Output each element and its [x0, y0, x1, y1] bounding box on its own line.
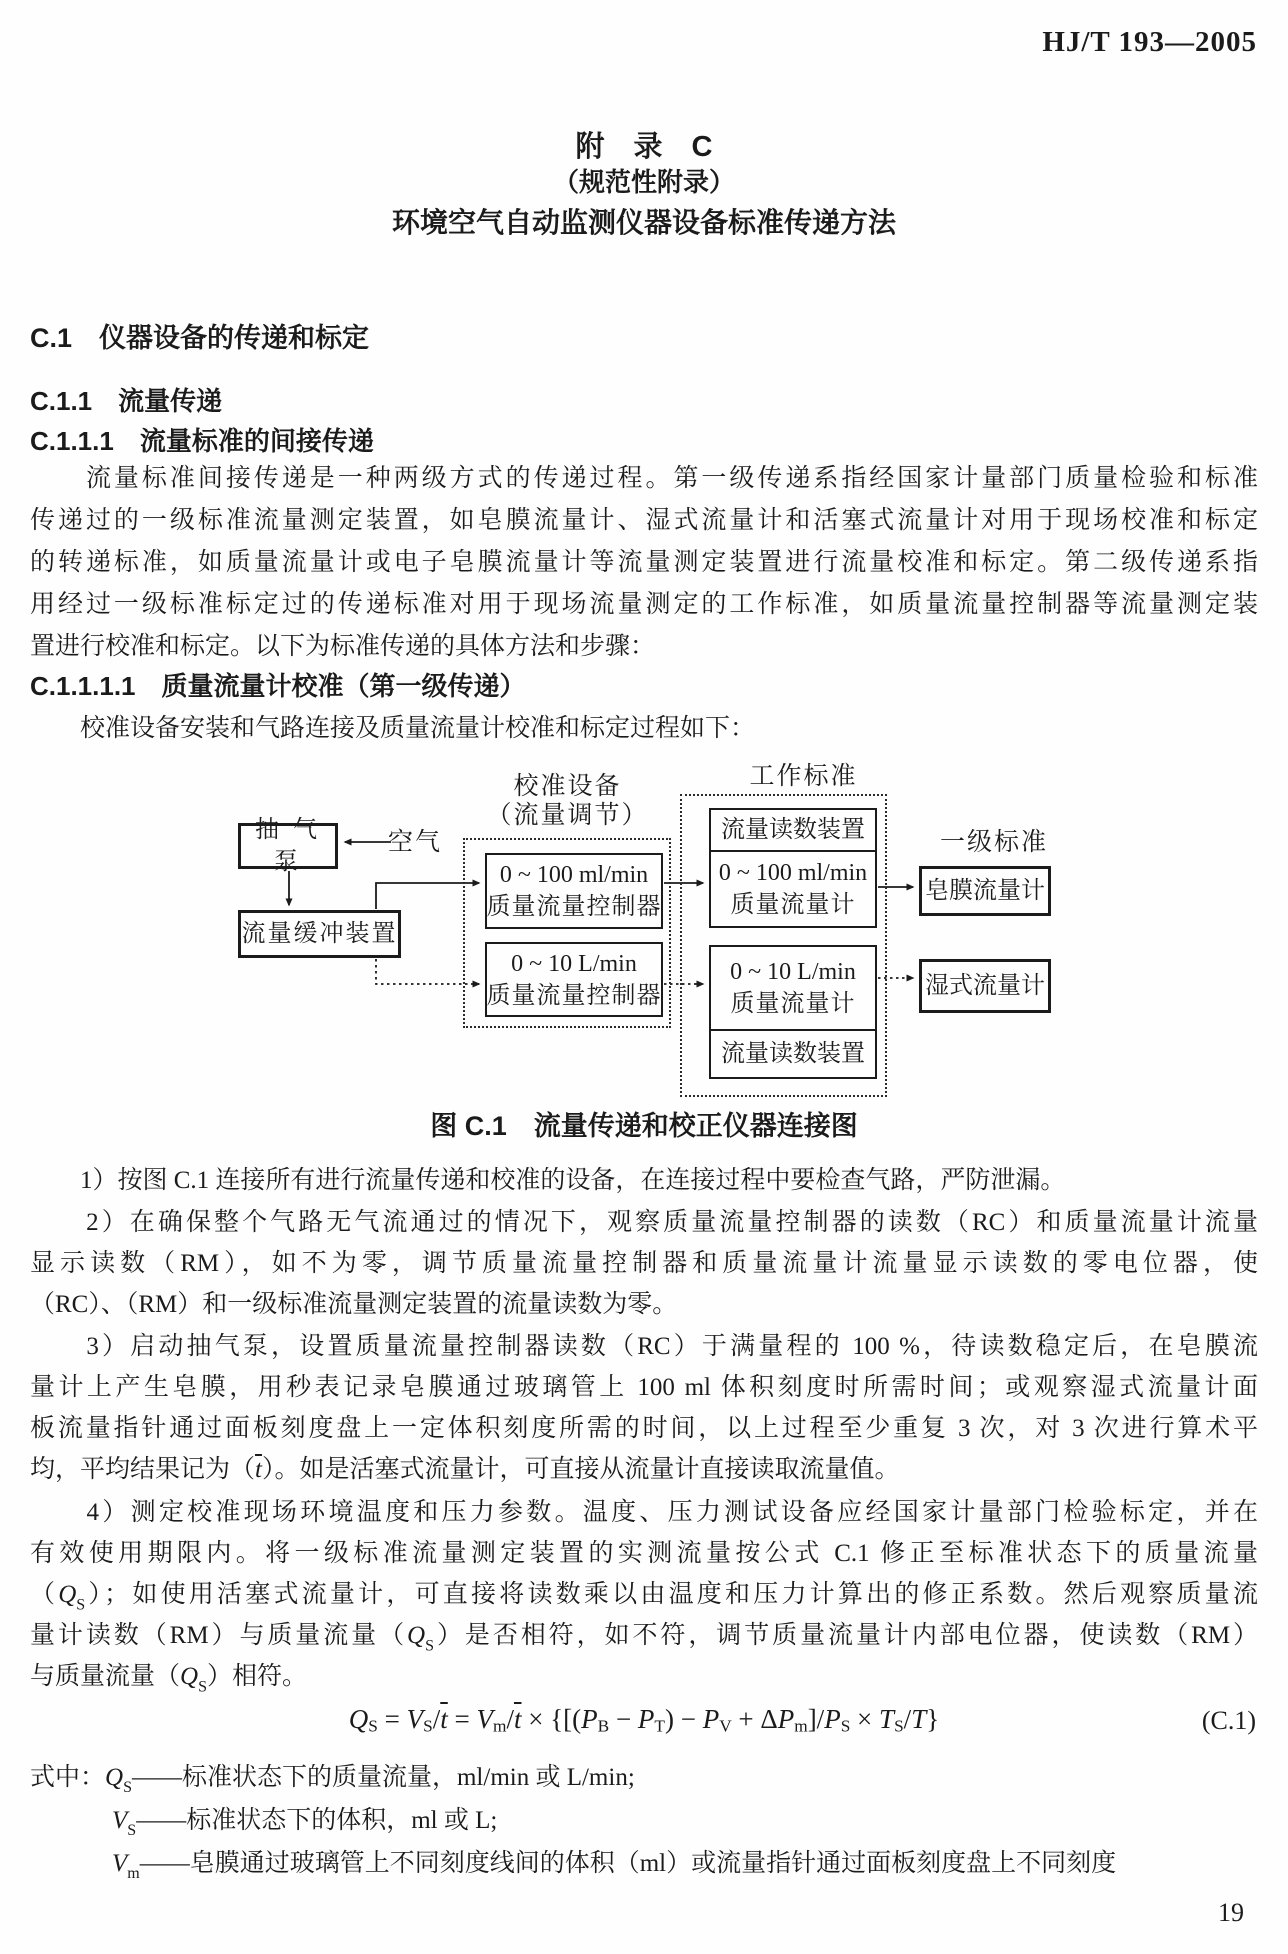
mfm-low-range: 0 ~ 10 L/min	[730, 956, 856, 988]
calibration-group-label-line1: 校准设备	[455, 772, 680, 801]
where-prefix: 式中：	[30, 1764, 105, 1791]
where-clause-qs: 式中：QS——标准状态下的质量流量，ml/min 或 L/min;	[30, 1758, 635, 1798]
vm-definition: Vm——皂膜通过玻璃管上不同刻度线间的体积（ml）或流量指针通过面板刻度盘上不同…	[112, 1844, 1116, 1884]
page-number: 19	[1218, 1898, 1244, 1928]
text-line: （QS）；如使用活塞式流量计，可直接将读数乘以由温度和压力计算出的修正系数。然后…	[30, 1574, 1258, 1615]
step-2: 2）在确保整个气路无气流通过的情况下，观察质量流量控制器的读数（RC）和质量流量…	[30, 1202, 1258, 1325]
figure-intro-line: 校准设备安装和气路连接及质量流量计校准和标定过程如下：	[30, 708, 1258, 749]
text-line: 置进行校准和标定。以下为标准传递的具体方法和步骤：	[30, 626, 1258, 668]
buffer-box: 流量缓冲装置	[238, 910, 401, 958]
mfm-high-name: 质量流量计	[731, 889, 856, 921]
text-line: 传递过的一级标准流量测定装置，如皂膜流量计、湿式流量计和活塞式流量计对用于现场校…	[30, 500, 1258, 542]
mfm-low-name: 质量流量计	[731, 988, 856, 1020]
step-3: 3）启动抽气泵，设置质量流量控制器读数（RC）于满量程的 100 %，待读数稳定…	[30, 1326, 1258, 1490]
soap-film-meter-box: 皂膜流量计	[919, 866, 1051, 916]
text-line: 均，平均结果记为（t）。如是活塞式流量计，可直接从流量计直接读取流量值。	[30, 1449, 1258, 1490]
text-line: 有效使用期限内。将一级标准流量测定装置的实测流量按公式 C.1 修正至标准状态下…	[30, 1533, 1258, 1574]
air-label: 空气	[388, 822, 442, 858]
mfm-high-box: 0 ~ 100 ml/min 质量流量计	[709, 850, 877, 928]
document-page: HJ/T 193—2005 附 录 C （规范性附录） 环境空气自动监测仪器设备…	[0, 0, 1288, 1954]
formula-expression: QS = VS/t = Vm/t × {[(PB − PT) − PV + ΔP…	[349, 1704, 939, 1734]
flow-reading-bottom-box: 流量读数装置	[709, 1029, 877, 1079]
qs-definition: QS——标准状态下的质量流量，ml/min 或 L/min;	[105, 1764, 635, 1791]
text-line: 量计上产生皂膜，用秒表记录皂膜通过玻璃管上 100 ml 体积刻度时所需时间；或…	[30, 1367, 1258, 1408]
text-line: 板流量指针通过面板刻度盘上一定体积刻度所需的时间，以上过程至少重复 3 次，对 …	[30, 1408, 1258, 1449]
formula-c1-row: QS = VS/t = Vm/t × {[(PB − PT) − PV + ΔP…	[30, 1704, 1258, 1750]
flow-reading-top-box: 流量读数装置	[709, 808, 877, 852]
calibration-group-label-line2: （流量调节）	[455, 801, 680, 830]
formula-number: (C.1)	[1202, 1706, 1256, 1736]
pump-box: 抽 气 泵	[238, 823, 338, 869]
paragraph-indirect-transfer: 流量标准间接传递是一种两级方式的传递过程。第一级传递系指经国家计量部门质量检验和…	[30, 458, 1258, 668]
text-line: 的转递标准，如质量流量计或电子皂膜流量计等流量测定装置进行流量校准和标定。第二级…	[30, 542, 1258, 584]
mfc-low-box: 0 ~ 10 L/min 质量流量控制器	[485, 942, 663, 1017]
calibration-group-label: 校准设备 （流量调节）	[455, 772, 680, 830]
text-line: 流量标准间接传递是一种两级方式的传递过程。第一级传递系指经国家计量部门质量检验和…	[30, 458, 1258, 500]
figure-caption: 图 C.1 流量传递和校正仪器连接图	[0, 1104, 1288, 1143]
step-4: 4）测定校准现场环境温度和压力参数。温度、压力测试设备应经国家计量部门检验标定，…	[30, 1492, 1258, 1697]
normative-subtitle: （规范性附录）	[0, 162, 1288, 199]
heading-c1: C.1 仪器设备的传递和标定	[30, 316, 369, 355]
wet-meter-box: 湿式流量计	[919, 959, 1051, 1013]
text-line: 用经过一级标准标定过的传递标准对用于现场流量测定的工作标准，如质量流量控制器等流…	[30, 584, 1258, 626]
vs-definition: VS——标准状态下的体积，ml 或 L;	[112, 1801, 497, 1841]
heading-c11: C.1.1 流量传递	[30, 381, 222, 418]
text-line: （RC）、（RM）和一级标准流量测定装置的流量读数为零。	[30, 1284, 1258, 1325]
text-line: 2）在确保整个气路无气流通过的情况下，观察质量流量控制器的读数（RC）和质量流量…	[30, 1202, 1258, 1243]
appendix-title: 附 录 C	[0, 124, 1288, 165]
text-line: 与质量流量（QS）相符。	[30, 1656, 1258, 1697]
first-standard-label: 一级标准	[928, 822, 1060, 858]
mfc-low-range: 0 ~ 10 L/min	[511, 948, 637, 980]
text-line: 量计读数（RM）与质量流量（QS）是否相符，如不符，调节质量流量计内部电位器，使…	[30, 1615, 1258, 1656]
mfc-high-box: 0 ~ 100 ml/min 质量流量控制器	[485, 853, 663, 929]
appendix-subject-title: 环境空气自动监测仪器设备标准传递方法	[0, 201, 1288, 241]
text-line: 4）测定校准现场环境温度和压力参数。温度、压力测试设备应经国家计量部门检验标定，…	[30, 1492, 1258, 1533]
standard-code-header: HJ/T 193—2005	[1042, 26, 1257, 59]
mfc-low-name: 质量流量控制器	[487, 980, 662, 1012]
mfc-high-name: 质量流量控制器	[487, 891, 662, 923]
heading-c111: C.1.1.1 流量标准的间接传递	[30, 421, 374, 458]
mfm-high-range: 0 ~ 100 ml/min	[719, 857, 867, 889]
mfm-low-box: 0 ~ 10 L/min 质量流量计	[709, 945, 877, 1031]
heading-c1111: C.1.1.1.1 质量流量计校准（第一级传递）	[30, 666, 526, 703]
text-line: 显示读数（RM），如不为零，调节质量流量控制器和质量流量计流量显示读数的零电位器…	[30, 1243, 1258, 1284]
mfc-high-range: 0 ~ 100 ml/min	[500, 859, 648, 891]
text-line: 3）启动抽气泵，设置质量流量控制器读数（RC）于满量程的 100 %，待读数稳定…	[30, 1326, 1258, 1367]
step-1-line: 1）按图 C.1 连接所有进行流量传递和校准的设备，在连接过程中要检查气路，严防…	[30, 1160, 1258, 1201]
working-standard-label: 工作标准	[700, 756, 907, 792]
figure-diagram: 空气 校准设备 （流量调节） 工作标准 一级标准 抽 气 泵 流量缓冲装置 0 …	[0, 752, 1288, 1104]
